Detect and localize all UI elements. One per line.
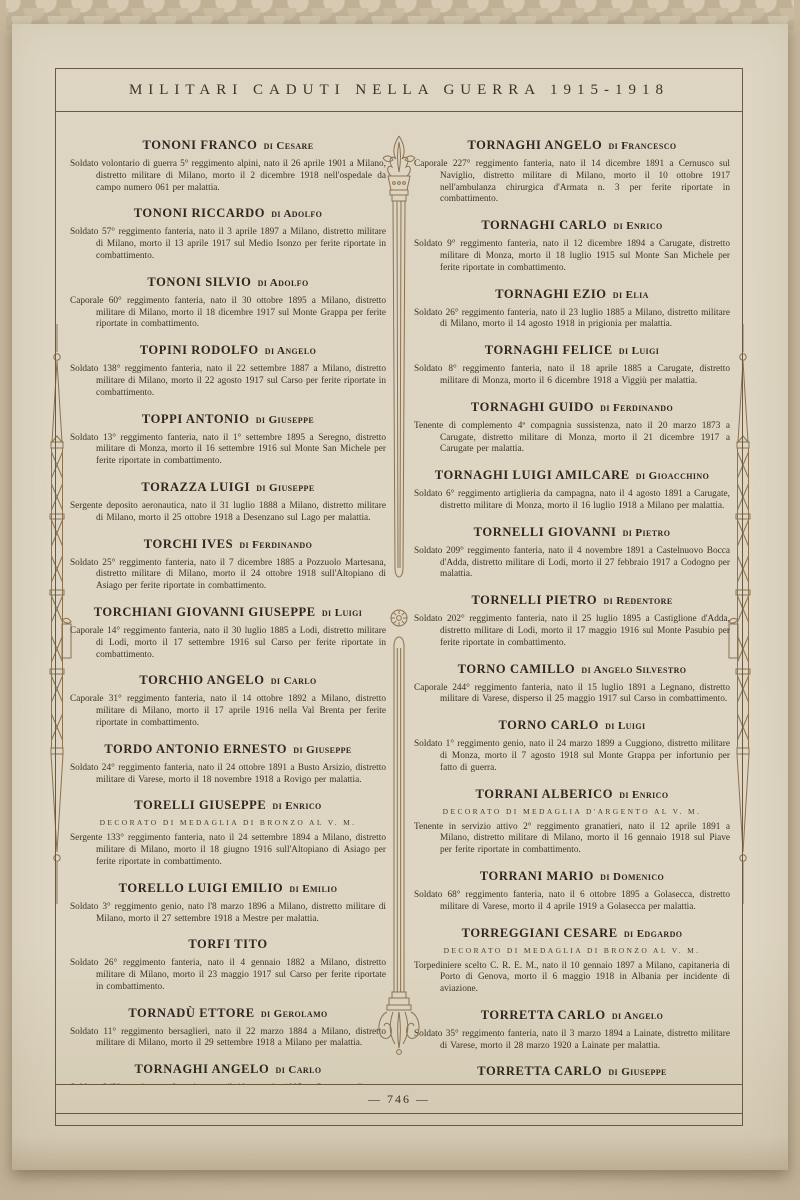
page-footer: — 746 —: [56, 1084, 742, 1113]
entry-heading: TONONI RICCARDO di Adolfo: [70, 204, 386, 222]
entry-body: Tenente in servizio attivo 2° reggimento…: [414, 822, 730, 857]
entry-father: di Angelo: [262, 345, 317, 357]
entry-father: di Giuseppe: [253, 414, 315, 426]
entry-heading: TORNAGHI CARLO di Enrico: [414, 216, 730, 234]
rosette-ornament-icon: [389, 608, 409, 628]
entry-heading: TORNAGHI LUIGI AMILCARE di Gioacchino: [414, 466, 730, 484]
entry-name: TORNAGHI ANGELO: [467, 138, 602, 152]
frame-bottom-rule: [56, 1113, 742, 1125]
entry-body: Soldato 202° reggimento fanteria, nato i…: [414, 614, 730, 649]
entry-father: di Edgardo: [621, 928, 683, 940]
entry-name: TONONI FRANCO: [143, 138, 258, 152]
memorial-entry: TORDO ANTONIO ERNESTO di Giuseppe Soldat…: [70, 740, 386, 787]
entry-body: Soldato 9° reggimento fanteria, nato il …: [414, 239, 730, 274]
entry-name: TORCHI IVES: [144, 537, 233, 551]
memorial-entry: TORNELLI GIOVANNI di Pietro Soldato 209°…: [414, 523, 730, 581]
entry-father: di Gerolamo: [258, 1008, 328, 1020]
page-title: MILITARI CADUTI NELLA GUERRA 1915-1918: [129, 82, 669, 99]
entry-father: di Redentore: [600, 595, 672, 607]
memorial-entry: TORRETTA CARLO di Angelo Soldato 35° reg…: [414, 1006, 730, 1053]
entry-heading: TOPPI ANTONIO di Giuseppe: [70, 410, 386, 428]
entry-body: Soldato 209° reggimento fanteria, nato i…: [414, 546, 730, 581]
entry-body: Sergente 133° reggimento fanteria, nato …: [70, 833, 386, 868]
entry-heading: TOPINI RODOLFO di Angelo: [70, 341, 386, 359]
entry-heading: TORREGGIANI CESARE di Edgardo: [414, 924, 730, 942]
entry-body: Soldato volontario di guerra 5° reggimen…: [70, 159, 386, 194]
memorial-entry: TORNADÙ ETTORE di Gerolamo Soldato 11° r…: [70, 1004, 386, 1051]
entry-name: TORELLO LUIGI EMILIO: [119, 881, 284, 895]
entry-name: TORCHIANI GIOVANNI GIUSEPPE: [94, 605, 316, 619]
entry-name: TOPINI RODOLFO: [140, 343, 259, 357]
entry-father: di Adolfo: [254, 277, 308, 289]
left-column: TONONI FRANCO di Cesare Soldato volontar…: [70, 136, 386, 1084]
entry-name: TORNADÙ ETTORE: [128, 1006, 254, 1020]
entry-name: TORNAGHI GUIDO: [471, 400, 594, 414]
entry-father: di Francesco: [605, 140, 676, 152]
entry-name: TORRANI ALBERICO: [476, 787, 614, 801]
entry-body: Soldato 13° reggimento fanteria, nato il…: [70, 433, 386, 468]
memorial-entry: TORELLI GIUSEPPE di Enrico DECORATO DI M…: [70, 796, 386, 868]
memorial-entry: TORCHIO ANGELO di Carlo Caporale 31° reg…: [70, 671, 386, 729]
entry-father: di Enrico: [610, 220, 662, 232]
entry-heading: TORNAGHI FELICE di Luigi: [414, 341, 730, 359]
entry-heading: TORNO CARLO di Luigi: [414, 716, 730, 734]
page-header: MILITARI CADUTI NELLA GUERRA 1915-1918: [56, 69, 742, 112]
entry-heading: TORNO CAMILLO di Angelo Silvestro: [414, 660, 730, 678]
entry-body: Soldato 3° reggimento genio, nato l'8 ma…: [70, 902, 386, 926]
entry-body: Caporale 60° reggimento fanteria, nato i…: [70, 296, 386, 331]
entry-body: Soldato 1° reggimento genio, nato il 24 …: [414, 739, 730, 774]
memorial-entry: TONONI SILVIO di Adolfo Caporale 60° reg…: [70, 273, 386, 331]
entry-heading: TORCHIANI GIOVANNI GIUSEPPE di Luigi: [70, 603, 386, 621]
entry-body: Soldato 26° reggimento fanteria, nato il…: [414, 308, 730, 332]
entry-name: TORRANI MARIO: [480, 869, 594, 883]
entry-father: di Giuseppe: [605, 1066, 667, 1078]
memorial-entry: TORFI TITO Soldato 26° reggimento fanter…: [70, 935, 386, 993]
memorial-entry: TORRANI ALBERICO di Enrico DECORATO DI M…: [414, 785, 730, 857]
memorial-entry: TORNO CARLO di Luigi Soldato 1° reggimen…: [414, 716, 730, 774]
entry-body: Soldato 26° reggimento fanteria, nato il…: [70, 958, 386, 993]
entry-body: Soldato 57° reggimento fanteria, nato il…: [70, 227, 386, 262]
entry-heading: TORNAGHI EZIO di Elia: [414, 285, 730, 303]
memorial-entry: TORCHI IVES di Ferdinando Soldato 25° re…: [70, 535, 386, 593]
entry-heading: TONONI SILVIO di Adolfo: [70, 273, 386, 291]
entry-father: di Carlo: [272, 1064, 321, 1076]
entry-heading: TORNELLI GIOVANNI di Pietro: [414, 523, 730, 541]
entry-body: Soldato 25° reggimento fanteria, nato il…: [70, 558, 386, 593]
memorial-entry: TORNELLI PIETRO di Redentore Soldato 202…: [414, 591, 730, 649]
entry-body: Soldato 11° reggimento bersaglieri, nato…: [70, 1027, 386, 1051]
entry-name: TORDO ANTONIO ERNESTO: [104, 742, 287, 756]
entry-father: di Enrico: [269, 800, 321, 812]
memorial-entry: TORCHIANI GIOVANNI GIUSEPPE di Luigi Cap…: [70, 603, 386, 661]
entry-father: di Luigi: [602, 720, 646, 732]
entry-father: di Giuseppe: [290, 744, 352, 756]
entry-father: di Emilio: [286, 883, 337, 895]
memorial-entry: TONONI FRANCO di Cesare Soldato volontar…: [70, 136, 386, 194]
entry-father: di Enrico: [616, 789, 668, 801]
entry-body: Torpediniere scelto C. R. E. M., nato il…: [414, 961, 730, 996]
entry-heading: TORELLI GIUSEPPE di Enrico: [70, 796, 386, 814]
entry-heading: TORNAGHI ANGELO di Carlo: [70, 1060, 386, 1078]
entry-name: TORRETTA CARLO: [481, 1008, 606, 1022]
entry-name: TORNO CARLO: [498, 718, 598, 732]
entry-decoration: DECORATO DI MEDAGLIA D'ARGENTO AL V. M.: [414, 807, 730, 816]
entry-body: Tenente di complemento 4ª compagnia suss…: [414, 421, 730, 456]
entry-father: di Adolfo: [268, 208, 322, 220]
entry-heading: TORNAGHI GUIDO di Ferdinando: [414, 398, 730, 416]
entry-body: Soldato 35° reggimento fanteria, nato il…: [414, 1029, 730, 1053]
entry-heading: TORDO ANTONIO ERNESTO di Giuseppe: [70, 740, 386, 758]
entry-heading: TORNELLI PIETRO di Redentore: [414, 591, 730, 609]
entry-name: TORNELLI GIOVANNI: [474, 525, 617, 539]
entry-heading: TORRETTA CARLO di Giuseppe: [414, 1062, 730, 1080]
book-page: MILITARI CADUTI NELLA GUERRA 1915-1918: [12, 24, 788, 1170]
entry-name: TORRETTA CARLO: [477, 1064, 602, 1078]
entry-body: Soldato 24° reggimento fanteria, nato il…: [70, 763, 386, 787]
entry-heading: TORNAGHI ANGELO di Francesco: [414, 136, 730, 154]
memorial-entry: TORNAGHI LUIGI AMILCARE di Gioacchino So…: [414, 466, 730, 513]
book-photo: MILITARI CADUTI NELLA GUERRA 1915-1918: [0, 0, 800, 1200]
entry-body: Soldato 243° reggimento fanteria, nato i…: [70, 1083, 386, 1084]
memorial-entry: TOPINI RODOLFO di Angelo Soldato 138° re…: [70, 341, 386, 399]
memorial-entry: TONONI RICCARDO di Adolfo Soldato 57° re…: [70, 204, 386, 262]
memorial-entry: TORNO CAMILLO di Angelo Silvestro Capora…: [414, 660, 730, 707]
memorial-entry: TORNAGHI ANGELO di Francesco Caporale 22…: [414, 136, 730, 206]
entry-decoration: DECORATO DI MEDAGLIA DI BRONZO AL V. M.: [414, 946, 730, 955]
page-frame: MILITARI CADUTI NELLA GUERRA 1915-1918: [55, 68, 743, 1126]
memorial-entry: TORRANI MARIO di Domenico Soldato 68° re…: [414, 867, 730, 914]
memorial-entry: TORNAGHI CARLO di Enrico Soldato 9° regg…: [414, 216, 730, 274]
entry-name: TORAZZA LUIGI: [141, 480, 250, 494]
memorial-entry: TORRETTA CARLO di Giuseppe Soldato 35° r…: [414, 1062, 730, 1084]
entry-name: TORNAGHI EZIO: [495, 287, 606, 301]
memorial-entry: TORNAGHI GUIDO di Ferdinando Tenente di …: [414, 398, 730, 456]
entry-name: TORCHIO ANGELO: [139, 673, 264, 687]
page-content: TONONI FRANCO di Cesare Soldato volontar…: [56, 112, 742, 1084]
entry-body: Caporale 31° reggimento fanteria, nato i…: [70, 694, 386, 729]
entry-heading: TORRANI MARIO di Domenico: [414, 867, 730, 885]
entry-body: Soldato 6° reggimento artiglieria da cam…: [414, 489, 730, 513]
entry-body: Soldato 68° reggimento fanteria, nato il…: [414, 890, 730, 914]
entry-heading: TORNADÙ ETTORE di Gerolamo: [70, 1004, 386, 1022]
entry-father: di Angelo Silvestro: [578, 664, 686, 676]
memorial-entry: TORNAGHI FELICE di Luigi Soldato 8° regg…: [414, 341, 730, 388]
entry-heading: TORFI TITO: [70, 935, 386, 953]
entry-name: TORREGGIANI CESARE: [462, 926, 618, 940]
entry-father: di Ferdinando: [597, 402, 673, 414]
entry-body: Caporale 14° reggimento fanteria, nato i…: [70, 626, 386, 661]
entry-body: Soldato 8° reggimento fanteria, nato il …: [414, 364, 730, 388]
memorial-entry: TORREGGIANI CESARE di Edgardo DECORATO D…: [414, 924, 730, 996]
entry-father: di Luigi: [616, 345, 660, 357]
entry-heading: TORAZZA LUIGI di Giuseppe: [70, 478, 386, 496]
entry-name: TORNAGHI FELICE: [485, 343, 613, 357]
entry-heading: TORRANI ALBERICO di Enrico: [414, 785, 730, 803]
entry-name: TORNAGHI CARLO: [481, 218, 607, 232]
entry-name: TORNO CAMILLO: [458, 662, 576, 676]
memorial-entry: TORNAGHI ANGELO di Carlo Soldato 243° re…: [70, 1060, 386, 1084]
entry-name: TORNAGHI LUIGI AMILCARE: [435, 468, 630, 482]
entry-body: Sergente deposito aeronautica, nato il 3…: [70, 501, 386, 525]
entry-father: di Giuseppe: [253, 482, 315, 494]
entry-body: Soldato 138° reggimento fanteria, nato i…: [70, 364, 386, 399]
entry-heading: TORCHIO ANGELO di Carlo: [70, 671, 386, 689]
entry-father: di Luigi: [319, 607, 363, 619]
entry-decoration: DECORATO DI MEDAGLIA DI BRONZO AL V. M.: [70, 818, 386, 827]
right-column: TORNAGHI ANGELO di Francesco Caporale 22…: [414, 136, 730, 1084]
entry-name: TORELLI GIUSEPPE: [134, 798, 266, 812]
entry-father: di Elia: [610, 289, 649, 301]
entry-heading: TORCHI IVES di Ferdinando: [70, 535, 386, 553]
entry-father: di Ferdinando: [236, 539, 312, 551]
memorial-entry: TOPPI ANTONIO di Giuseppe Soldato 13° re…: [70, 410, 386, 468]
entry-body: Caporale 227° reggimento fanteria, nato …: [414, 159, 730, 206]
entry-name: TORNAGHI ANGELO: [135, 1062, 270, 1076]
entry-father: di Carlo: [268, 675, 317, 687]
entry-heading: TORELLO LUIGI EMILIO di Emilio: [70, 879, 386, 897]
page-number: — 746 —: [368, 1092, 430, 1107]
entry-body: Caporale 244° reggimento fanteria, nato …: [414, 683, 730, 707]
memorial-entry: TORELLO LUIGI EMILIO di Emilio Soldato 3…: [70, 879, 386, 926]
entry-heading: TORRETTA CARLO di Angelo: [414, 1006, 730, 1024]
entry-father: di Domenico: [597, 871, 664, 883]
entry-name: TOPPI ANTONIO: [142, 412, 250, 426]
entry-name: TONONI RICCARDO: [134, 206, 265, 220]
memorial-entry: TORAZZA LUIGI di Giuseppe Sergente depos…: [70, 478, 386, 525]
entry-father: di Angelo: [609, 1010, 664, 1022]
entry-name: TORNELLI PIETRO: [471, 593, 597, 607]
entry-father: di Cesare: [260, 140, 313, 152]
memorial-entry: TORNAGHI EZIO di Elia Soldato 26° reggim…: [414, 285, 730, 332]
entry-name: TONONI SILVIO: [147, 275, 251, 289]
entry-heading: TONONI FRANCO di Cesare: [70, 136, 386, 154]
entry-father: di Pietro: [619, 527, 670, 539]
entry-father: di Gioacchino: [633, 470, 710, 482]
entry-name: TORFI TITO: [188, 937, 267, 951]
